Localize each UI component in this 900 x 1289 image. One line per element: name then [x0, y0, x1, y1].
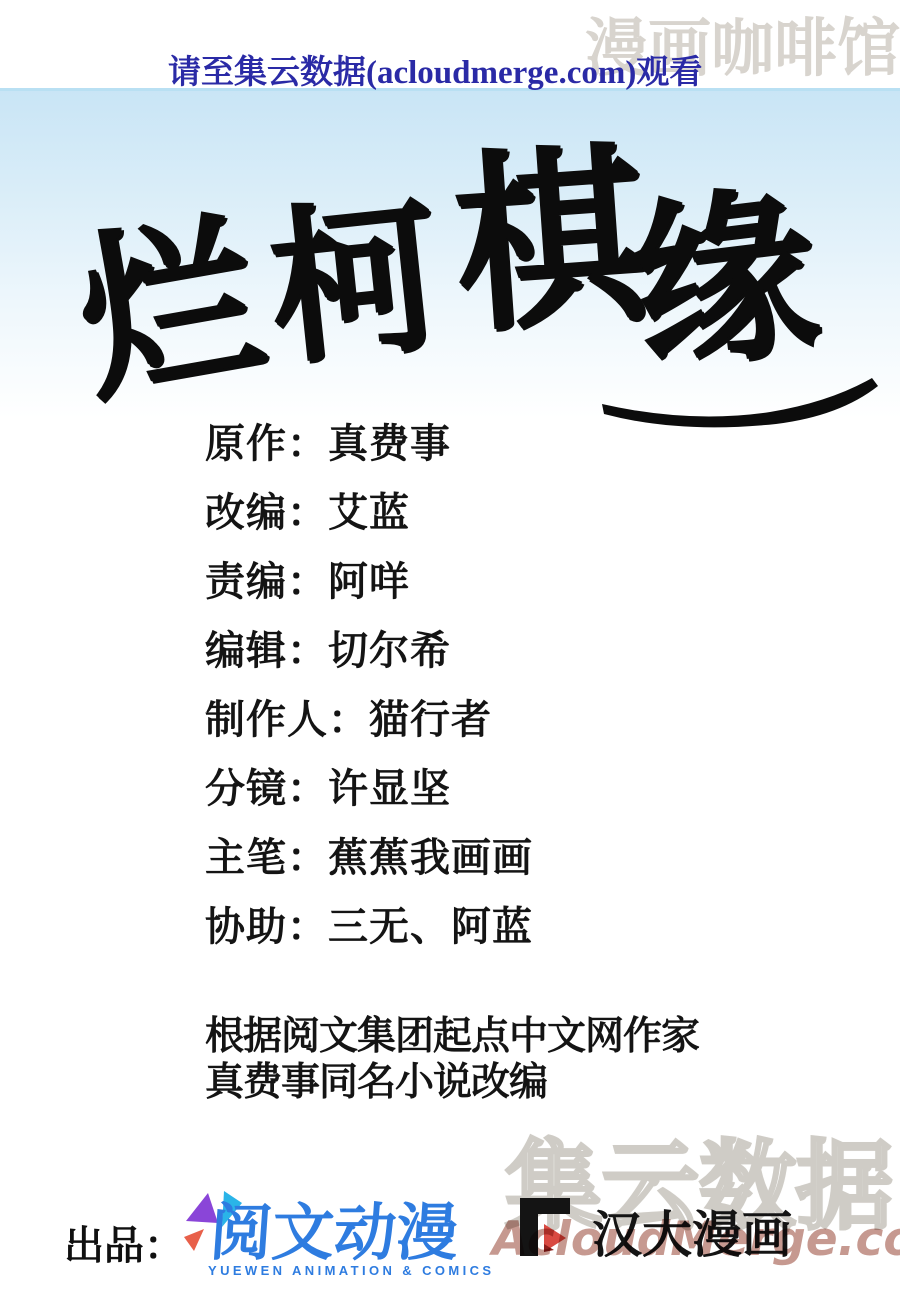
comic-credits-page: 漫画咖啡馆 请至集云数据(acloudmerge.com)观看 烂 柯 棋 缘 … [0, 0, 900, 1289]
adaptation-note: 根据阅文集团起点中文网作家 真费事同名小说改编 [205, 1014, 699, 1106]
credit-colon: ： [287, 491, 328, 535]
credit-colon: ： [287, 422, 328, 466]
credit-row-original-author: 原作：真费事 [205, 424, 533, 464]
credit-role: 编辑 [205, 629, 287, 673]
title-brush-swoosh [600, 360, 880, 430]
credit-row-editor: 编辑：切尔希 [205, 631, 533, 671]
credit-role: 协助 [205, 905, 287, 949]
credit-name: 阿咩 [328, 560, 410, 604]
credit-name: 许显坚 [328, 767, 451, 811]
reader-notice: 请至集云数据(acloudmerge.com)观看 [168, 46, 702, 93]
credit-role: 主笔 [205, 836, 287, 880]
yuewen-logo-text: 阅文动漫 [208, 1203, 460, 1265]
watermark-site-url: AcloudMerge.com [492, 1212, 900, 1267]
credit-name: 切尔希 [328, 629, 451, 673]
title-char-1: 烂 [66, 206, 272, 412]
credit-role: 原作 [205, 422, 287, 466]
credit-row-assistants: 协助：三无、阿蓝 [205, 907, 533, 947]
credit-colon: ： [287, 560, 328, 604]
title-char-3: 棋 [448, 140, 653, 345]
title-char-2: 柯 [262, 190, 447, 375]
credit-colon: ： [287, 629, 328, 673]
title-char-4: 缘 [624, 180, 827, 383]
credit-role: 改编 [205, 491, 287, 535]
credits-list: 原作：真费事 改编：艾蓝 责编：阿咩 编辑：切尔希 制作人：猫行者 分镜：许显坚… [205, 424, 533, 976]
credit-row-storyboard: 分镜：许显坚 [205, 769, 533, 809]
credit-name: 艾蓝 [328, 491, 410, 535]
credit-role: 制作人 [205, 698, 328, 742]
yuewen-logo: 阅文动漫 YUEWEN ANIMATION & COMICS [180, 1145, 510, 1285]
credit-name: 三无、阿蓝 [328, 905, 533, 949]
credit-row-lead-artist: 主笔：蕉蕉我画画 [205, 838, 533, 878]
yuewen-logo-subtitle: YUEWEN ANIMATION & COMICS [208, 1263, 495, 1278]
credit-name: 猫行者 [369, 698, 492, 742]
credit-row-chief-editor: 责编：阿咩 [205, 562, 533, 602]
credit-name: 蕉蕉我画画 [328, 836, 533, 880]
credit-colon: ： [328, 698, 369, 742]
credit-colon: ： [287, 836, 328, 880]
credit-row-producer: 制作人：猫行者 [205, 700, 533, 740]
credit-colon: ： [287, 767, 328, 811]
producer-label: 出品： [64, 1214, 184, 1271]
credit-role: 责编 [205, 560, 287, 604]
credit-colon: ： [287, 905, 328, 949]
credit-role: 分镜 [205, 767, 287, 811]
comic-title: 烂 柯 棋 缘 [72, 138, 872, 438]
credit-row-adapter: 改编：艾蓝 [205, 493, 533, 533]
credit-name: 真费事 [328, 422, 451, 466]
adaptation-note-line1: 根据阅文集团起点中文网作家 [205, 1014, 699, 1060]
adaptation-note-line2: 真费事同名小说改编 [205, 1060, 699, 1106]
